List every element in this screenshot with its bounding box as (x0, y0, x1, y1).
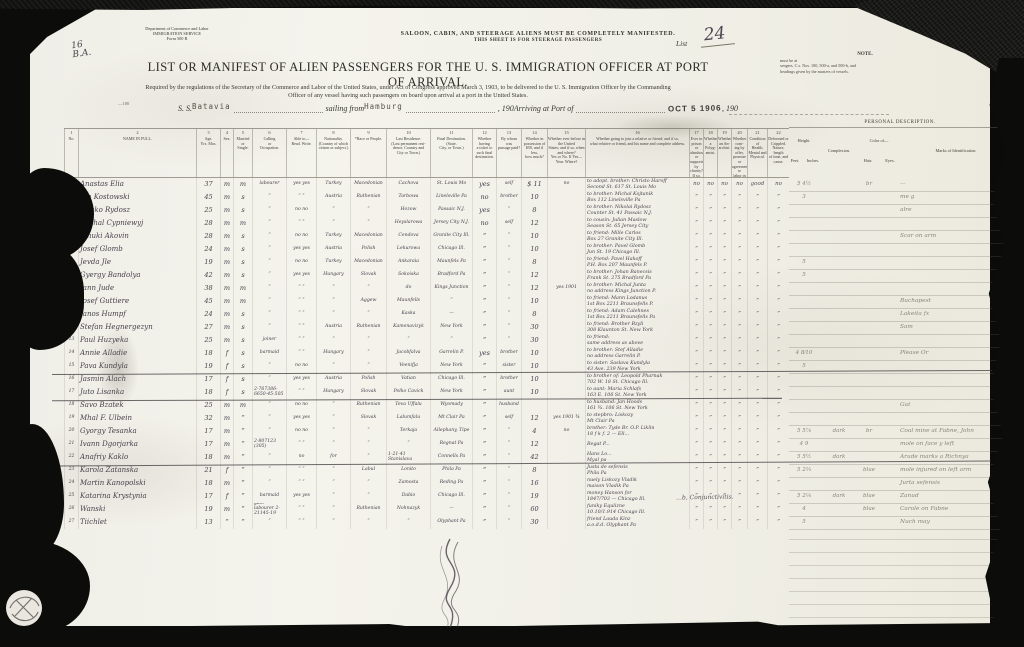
personal-description-header: PERSONAL DESCRIPTION. Height. Feet. Inch… (789, 114, 1011, 176)
cell-read-write: ” ” (286, 334, 316, 347)
cell-complexion (819, 191, 859, 205)
cell-health: ” (747, 503, 767, 516)
cell-last-residence: ” (386, 516, 430, 529)
cell-money: 16 (521, 477, 547, 490)
column-label: Last Residence. (Last permanent resi- de… (387, 137, 430, 155)
cell-anarchist: ” (717, 399, 731, 412)
cell-polygamist: ” (703, 503, 717, 516)
cell-relative-friend: to friend: Brother Bzyli 308 Klaunton St… (585, 321, 689, 334)
scanned-manifest-photo: Department of Commerce and Labor IMMIGRA… (0, 0, 1024, 647)
cell-polygamist: ” (703, 204, 717, 217)
cell-ticket: yes (472, 178, 496, 191)
cell-age: 24 (196, 308, 220, 321)
cell-race: ” (350, 334, 386, 347)
column-label: Sex. (221, 137, 233, 142)
cell-money: 10 (521, 243, 547, 256)
passenger-row: 19 Mhal F. Ulbein 32 m ” ” yes yes ” Slo… (64, 412, 1011, 425)
cell-name: Paul Huzyeka (78, 334, 196, 347)
cell-sex: f (220, 360, 233, 373)
cell-name: Jann Jude (78, 282, 196, 295)
passenger-row: 5 Januki Akovin 28 m s ” no no Turkey Ma… (64, 230, 1011, 243)
cell-eyes (879, 308, 899, 322)
column-header: 13 By whom was passage paid? (496, 129, 521, 177)
passenger-row: 26 Wanski 19 m ” gaol labourer 2-21145-1… (64, 503, 1011, 516)
ss-label: S. S. (178, 104, 192, 113)
cell-deformed: no (767, 178, 789, 191)
cell-last-residence: Teva Uffalu (386, 399, 430, 412)
cell-ticket: ” (472, 386, 496, 399)
cell-labor-contract: ” (731, 295, 747, 308)
cell-age: 18 (196, 477, 220, 490)
cell-height (789, 373, 819, 387)
cell-complexion (819, 464, 859, 478)
passenger-row: 24 Martin Kanopolski 18 m ” ” ” ” ” ” Za… (64, 477, 1011, 490)
cell-passage-paid-by: ” (496, 269, 521, 282)
cell-hair (859, 295, 879, 309)
cell-race: Slovak (350, 269, 386, 282)
column-header: 7 Able to— Read. Write. (286, 129, 316, 177)
cell-height (789, 308, 819, 322)
cell-polygamist: ” (703, 308, 717, 321)
cell-name: Wanski (78, 503, 196, 516)
cell-passage-paid-by: brother (496, 347, 521, 360)
cell-before-in-us (547, 399, 585, 412)
column-header: 14 Whether in possession of $50, and if … (521, 129, 547, 177)
cell-nationality: for (316, 451, 350, 464)
cell-before-in-us (547, 204, 585, 217)
cell-sex: m (220, 204, 233, 217)
cell-ticket: ” (472, 243, 496, 256)
cell-married-single: s (233, 360, 252, 373)
cell-nationality: ” (316, 412, 350, 425)
cell-read-write: yes yes (286, 243, 316, 256)
cell-destination: — (430, 503, 472, 516)
cell-deformed: ” (767, 477, 789, 490)
cell-nationality: ” (316, 282, 350, 295)
cell-polygamist: ” (703, 230, 717, 243)
cell-ticket: no (472, 217, 496, 230)
agency-form-block: Department of Commerce and Labor IMMIGRA… (112, 26, 242, 42)
cell-occupation: ” (252, 256, 286, 269)
cell-deformed: ” (767, 373, 789, 386)
cell-race: Ruthenian (350, 399, 386, 412)
cell-anarchist: ” (717, 347, 731, 360)
cell-race: ” (350, 425, 386, 438)
cell-passage-paid-by: ” (496, 230, 521, 243)
cell-money: 19 (521, 490, 547, 503)
cell-polygamist: ” (703, 295, 717, 308)
column-number: 5 (234, 129, 252, 135)
cell-deformed: ” (767, 334, 789, 347)
cell-polygamist: no (703, 178, 717, 191)
cell-ticket: ” (472, 464, 496, 477)
cell-read-write: no (286, 451, 316, 464)
cell-hair (859, 256, 879, 270)
cell-read-write: ” ” (286, 191, 316, 204)
cell-eyes (879, 503, 899, 517)
cell-before-in-us (547, 230, 585, 243)
cell-before-in-us: no (547, 425, 585, 438)
cell-read-write: ” ” (286, 321, 316, 334)
cell-passage-paid-by: ” (496, 425, 521, 438)
cell-labor-contract: ” (731, 425, 747, 438)
column-header: 19 Whether an An- archist. (717, 129, 731, 177)
cell-age: 19 (196, 256, 220, 269)
column-number: 20 (732, 129, 747, 135)
cell-anarchist: ” (717, 373, 731, 386)
cell-deformed: ” (767, 308, 789, 321)
passenger-row: 3 Wasko Rydosz 25 m s ” no no ” ” Hozow … (64, 204, 1011, 217)
cell-before-in-us (547, 217, 585, 230)
cell-anarchist: ” (717, 321, 731, 334)
cell-ticket: ” (472, 360, 496, 373)
cell-hair: blue (859, 490, 879, 504)
cell-passage-paid-by: brother (496, 191, 521, 204)
cell-health: ” (747, 373, 767, 386)
passenger-row: 21 Ivann Dgorjarka 17 m ” 2-807123 (305)… (64, 438, 1011, 451)
cell-deformed: ” (767, 230, 789, 243)
column-header: 4 Sex. (220, 129, 233, 177)
cell-race: ” (350, 347, 386, 360)
cell-labor-contract: ” (731, 256, 747, 269)
cell-married-single: s (233, 347, 252, 360)
cell-money: 10 (521, 295, 547, 308)
cell-prison: ” (689, 230, 703, 243)
cell-eyes (879, 230, 899, 244)
cell-age: 18 (196, 347, 220, 360)
arrival-date-stamp: OCT 5 1906 (668, 104, 722, 114)
cell-row-number: 14 (64, 347, 78, 360)
cell-complexion: dark (819, 490, 859, 504)
cell-occupation: ” (252, 451, 286, 464)
cell-deformed: ” (767, 464, 789, 477)
cell-read-write: yes yes (286, 412, 316, 425)
cell-nationality: Turkey (316, 230, 350, 243)
signature-flourish (420, 536, 482, 634)
cell-read-write: ” ” (286, 308, 316, 321)
cell-read-write: no no (286, 399, 316, 412)
cell-occupation: ” (252, 477, 286, 490)
cell-eyes (879, 204, 899, 218)
cell-ticket: ” (472, 373, 496, 386)
cell-relative-friend: to brother: Stef Alladie no address Garr… (585, 347, 689, 360)
cell-married-single: m (233, 178, 252, 191)
cell-occupation: ” (252, 360, 286, 373)
cell-height: 5 (789, 269, 819, 283)
cell-prison: ” (689, 282, 703, 295)
cell-prison: ” (689, 373, 703, 386)
cell-anarchist: ” (717, 256, 731, 269)
cell-name: Gyergy Bandolya (78, 269, 196, 282)
column-number: 14 (522, 129, 547, 135)
cell-race: ” (350, 477, 386, 490)
cell-height: 4 (789, 503, 819, 517)
cell-relative-friend: to brother: Michal Junta no address King… (585, 282, 689, 295)
cell-nationality: Hungary (316, 386, 350, 399)
cell-name: Jan Kostowski (78, 191, 196, 204)
cell-age: 21 (196, 464, 220, 477)
pd-color-of-label: Color of— (857, 138, 901, 143)
cell-passage-paid-by: ” (496, 321, 521, 334)
cell-married-single: m (233, 217, 252, 230)
cell-name: Michal Cypniewyj (78, 217, 196, 230)
cell-eyes (879, 477, 899, 491)
passenger-row: 1 Anastas Elia 37 m m labourer yes yes T… (64, 178, 1011, 191)
passenger-row: 13 Paul Huzyeka 25 m s joiner ” ” ” ” ” … (64, 334, 1011, 347)
cell-relative-friend: to brother of: Leopold Pharnak 702 W. 18… (585, 373, 689, 386)
cell-labor-contract: ” (731, 412, 747, 425)
cell-height: 5 5⅞ (789, 425, 819, 439)
cell-anarchist: ” (717, 230, 731, 243)
passenger-row: 18 Savo Bzatek 25 m m ” no no ” Ruthenia… (64, 399, 1011, 412)
cell-read-write: ” ” (286, 295, 316, 308)
cell-destination: Linelsville Pa (430, 191, 472, 204)
cell-race: Macedonian (350, 256, 386, 269)
cell-relative-friend: nuely Liskozy Vladik maison Vladik Pa (585, 477, 689, 490)
cell-race: Slovak (350, 386, 386, 399)
cell-last-residence: Kamenavizyk (386, 321, 430, 334)
column-header: 12 Whether having a ticket to such final… (472, 129, 496, 177)
cell-last-residence: Cachova (386, 178, 430, 191)
cell-age: 25 (196, 399, 220, 412)
cell-name: Katarina Krystynia (78, 490, 196, 503)
cell-before-in-us (547, 386, 585, 399)
cell-nationality: ” (316, 360, 350, 373)
passenger-row: 7 Jevda Jle 19 m s ” no no Turkey Macedo… (64, 256, 1011, 269)
cell-anarchist: ” (717, 204, 731, 217)
cell-destination: Granite City Ill. (430, 230, 472, 243)
cell-passage-paid-by: brother (496, 373, 521, 386)
cell-polygamist: ” (703, 191, 717, 204)
cell-money: 10 (521, 347, 547, 360)
cell-polygamist: ” (703, 373, 717, 386)
cell-anarchist: ” (717, 282, 731, 295)
cell-destination: Wyomady (430, 399, 472, 412)
cell-height: 3 (789, 191, 819, 205)
cell-ticket: ” (472, 425, 496, 438)
cell-married-single: ” (233, 451, 252, 464)
cell-name: Josef Glomb (78, 243, 196, 256)
cell-height (789, 282, 819, 296)
column-header: 18 Whether a Polyg- amist. (703, 129, 717, 177)
cell-health: ” (747, 438, 767, 451)
column-number: 16 (586, 129, 689, 135)
cell-name: Jasmin Alach (78, 373, 196, 386)
ship-name: Batavia (192, 102, 231, 111)
cell-eyes (879, 191, 899, 205)
cell-before-in-us: yes 1901 (547, 282, 585, 295)
cell-before-in-us (547, 477, 585, 490)
cell-money: 30 (521, 516, 547, 529)
cell-sex: m (220, 191, 233, 204)
cell-anarchist: no (717, 178, 731, 191)
cell-ticket: yes (472, 204, 496, 217)
cell-relative-friend: to brother: Michal Kojtanik Box 112 Line… (585, 191, 689, 204)
passenger-row: 2 Jan Kostowski 45 m s ” ” ” Austria Rut… (64, 191, 1011, 204)
cell-complexion (819, 334, 859, 348)
cell-last-residence: Ankaraia (386, 256, 430, 269)
cell-complexion (819, 373, 859, 387)
cell-labor-contract: no (731, 178, 747, 191)
cell-occupation: 2-807123 (305) (252, 438, 286, 451)
column-number: 10 (387, 129, 430, 135)
column-label: No. (65, 137, 78, 142)
cell-complexion (819, 412, 859, 426)
cell-polygamist: ” (703, 412, 717, 425)
cell-eyes (879, 178, 899, 192)
cell-sex: m (220, 438, 233, 451)
cell-deformed: ” (767, 295, 789, 308)
cell-read-write: yes yes (286, 178, 316, 191)
cell-relative-friend: to brother: Johan Banecsis Frank St. 275… (585, 269, 689, 282)
cell-race: ” (350, 438, 386, 451)
cell-health: ” (747, 477, 767, 490)
cell-read-write: ” ” (286, 386, 316, 399)
cell-destination: Kings Junction (430, 282, 472, 295)
cell-passage-paid-by: ” (496, 516, 521, 529)
cell-passage-paid-by: ” (496, 308, 521, 321)
cell-nationality: ” (316, 464, 350, 477)
cell-married-single: ” (233, 490, 252, 503)
cell-relative-friend: to cousin: Julian Maslow Season St. 65 J… (585, 217, 689, 230)
column-header: 6 Calling or Occupation. (252, 129, 286, 177)
cell-anarchist: ” (717, 412, 731, 425)
cell-height (789, 217, 819, 231)
cell-labor-contract: ” (731, 243, 747, 256)
cell-eyes (879, 282, 899, 296)
cell-hair (859, 373, 879, 387)
cell-destination: Olyphant Pa (430, 516, 472, 529)
manifest-page: Department of Commerce and Labor IMMIGRA… (28, 8, 990, 626)
pd-hair-label: Hair. (857, 158, 879, 163)
manifest-table: 1 No. 2 NAME IN FULL. 3 Age. Yrs. Mos. 4… (64, 128, 1011, 529)
cell-age: 28 (196, 217, 220, 230)
cell-health: ” (747, 347, 767, 360)
cell-ticket: no (472, 191, 496, 204)
cell-nationality: ” (316, 204, 350, 217)
cell-anarchist: ” (717, 477, 731, 490)
cell-sex: m (220, 451, 233, 464)
cell-labor-contract: ” (731, 282, 747, 295)
cell-prison: ” (689, 425, 703, 438)
cell-labor-contract: ” (731, 477, 747, 490)
cell-health: ” (747, 230, 767, 243)
cell-deformed: ” (767, 490, 789, 503)
cell-name: Mhal F. Ulbein (78, 412, 196, 425)
cell-sex: m (220, 412, 233, 425)
cell-prison: ” (689, 321, 703, 334)
cell-complexion (819, 438, 859, 452)
cell-name: Januki Akovin (78, 230, 196, 243)
cell-age: 17 (196, 373, 220, 386)
cell-read-write: yes yes (286, 373, 316, 386)
cell-passage-paid-by: husband (496, 399, 521, 412)
cell-occupation: ” (252, 412, 286, 425)
cell-read-write: no no (286, 256, 316, 269)
cell-married-single: s (233, 334, 252, 347)
cell-sex: m (220, 217, 233, 230)
cell-race: Polish (350, 243, 386, 256)
cell-occupation: barmaid (252, 347, 286, 360)
date-blank-1: , 190 (498, 104, 514, 113)
cell-read-write: ” ” (286, 217, 316, 230)
cell-health: ” (747, 256, 767, 269)
personal-description-title: PERSONAL DESCRIPTION. (789, 120, 1011, 128)
cell-sex: f (220, 386, 233, 399)
passenger-row: 17 Juto Lisanka 18 f s 2-767386-6650-45-… (64, 386, 1011, 399)
cell-anarchist: ” (717, 243, 731, 256)
cell-labor-contract: ” (731, 269, 747, 282)
passenger-row: 6 Josef Glomb 24 m s ” yes yes Austria P… (64, 243, 1011, 256)
cell-race: Ruthenian (350, 321, 386, 334)
cell-name: Ivann Dgorjarka (78, 438, 196, 451)
cell-occupation: joiner (252, 334, 286, 347)
cell-nationality: ” (316, 490, 350, 503)
cell-labor-contract: ” (731, 308, 747, 321)
cell-age: 42 (196, 269, 220, 282)
cell-hair (859, 243, 879, 257)
cell-married-single: ” (233, 425, 252, 438)
cell-eyes (879, 373, 899, 387)
cell-name: Anastas Elia (78, 178, 196, 191)
cell-anarchist: ” (717, 464, 731, 477)
column-number: 7 (287, 129, 316, 135)
cell-nationality: ” (316, 399, 350, 412)
cell-hair (859, 217, 879, 231)
cell-destination: Garrelin P. (430, 347, 472, 360)
column-number: 8 (317, 129, 350, 135)
cell-eyes (879, 243, 899, 257)
cell-prison: ” (689, 334, 703, 347)
cell-complexion (819, 269, 859, 283)
cell-polygamist: ” (703, 464, 717, 477)
cell-age: 32 (196, 412, 220, 425)
cell-height (789, 399, 819, 413)
cell-prison: ” (689, 438, 703, 451)
cell-money: $ 11 (521, 178, 547, 191)
cell-before-in-us (547, 347, 585, 360)
cell-eyes (879, 412, 899, 426)
cell-destination: Chicago Ill. (430, 373, 472, 386)
dashed-rule (729, 114, 889, 115)
cell-anarchist: ” (717, 217, 731, 230)
cell-anarchist: ” (717, 503, 731, 516)
cell-last-residence: Veenifja (386, 360, 430, 373)
cell-sex: m (220, 269, 233, 282)
ship-line: S. S. Batavia sailing from Hamburg , 190… (178, 104, 738, 113)
cell-age: 45 (196, 295, 220, 308)
cell-name: Pava Kundyla (78, 360, 196, 373)
cell-prison: ” (689, 399, 703, 412)
cell-ticket: ” (472, 230, 496, 243)
cell-hair (859, 386, 879, 400)
column-header: 1 No. (64, 129, 78, 177)
cell-married-single: s (233, 204, 252, 217)
cell-money: 10 (521, 230, 547, 243)
column-header: 9 *Race or People. (350, 129, 386, 177)
cell-complexion (819, 386, 859, 400)
cell-before-in-us (547, 438, 585, 451)
cell-row-number: 20 (64, 425, 78, 438)
cell-eyes (879, 269, 899, 283)
cell-race: Polish (350, 373, 386, 386)
passenger-row: 9 Jann Jude 38 m m ” ” ” ” ” do Kings Ju… (64, 282, 1011, 295)
cell-height (789, 243, 819, 257)
column-number: 19 (718, 129, 731, 135)
cell-eyes (879, 399, 899, 413)
cell-health: ” (747, 399, 767, 412)
cell-ticket: ” (472, 256, 496, 269)
